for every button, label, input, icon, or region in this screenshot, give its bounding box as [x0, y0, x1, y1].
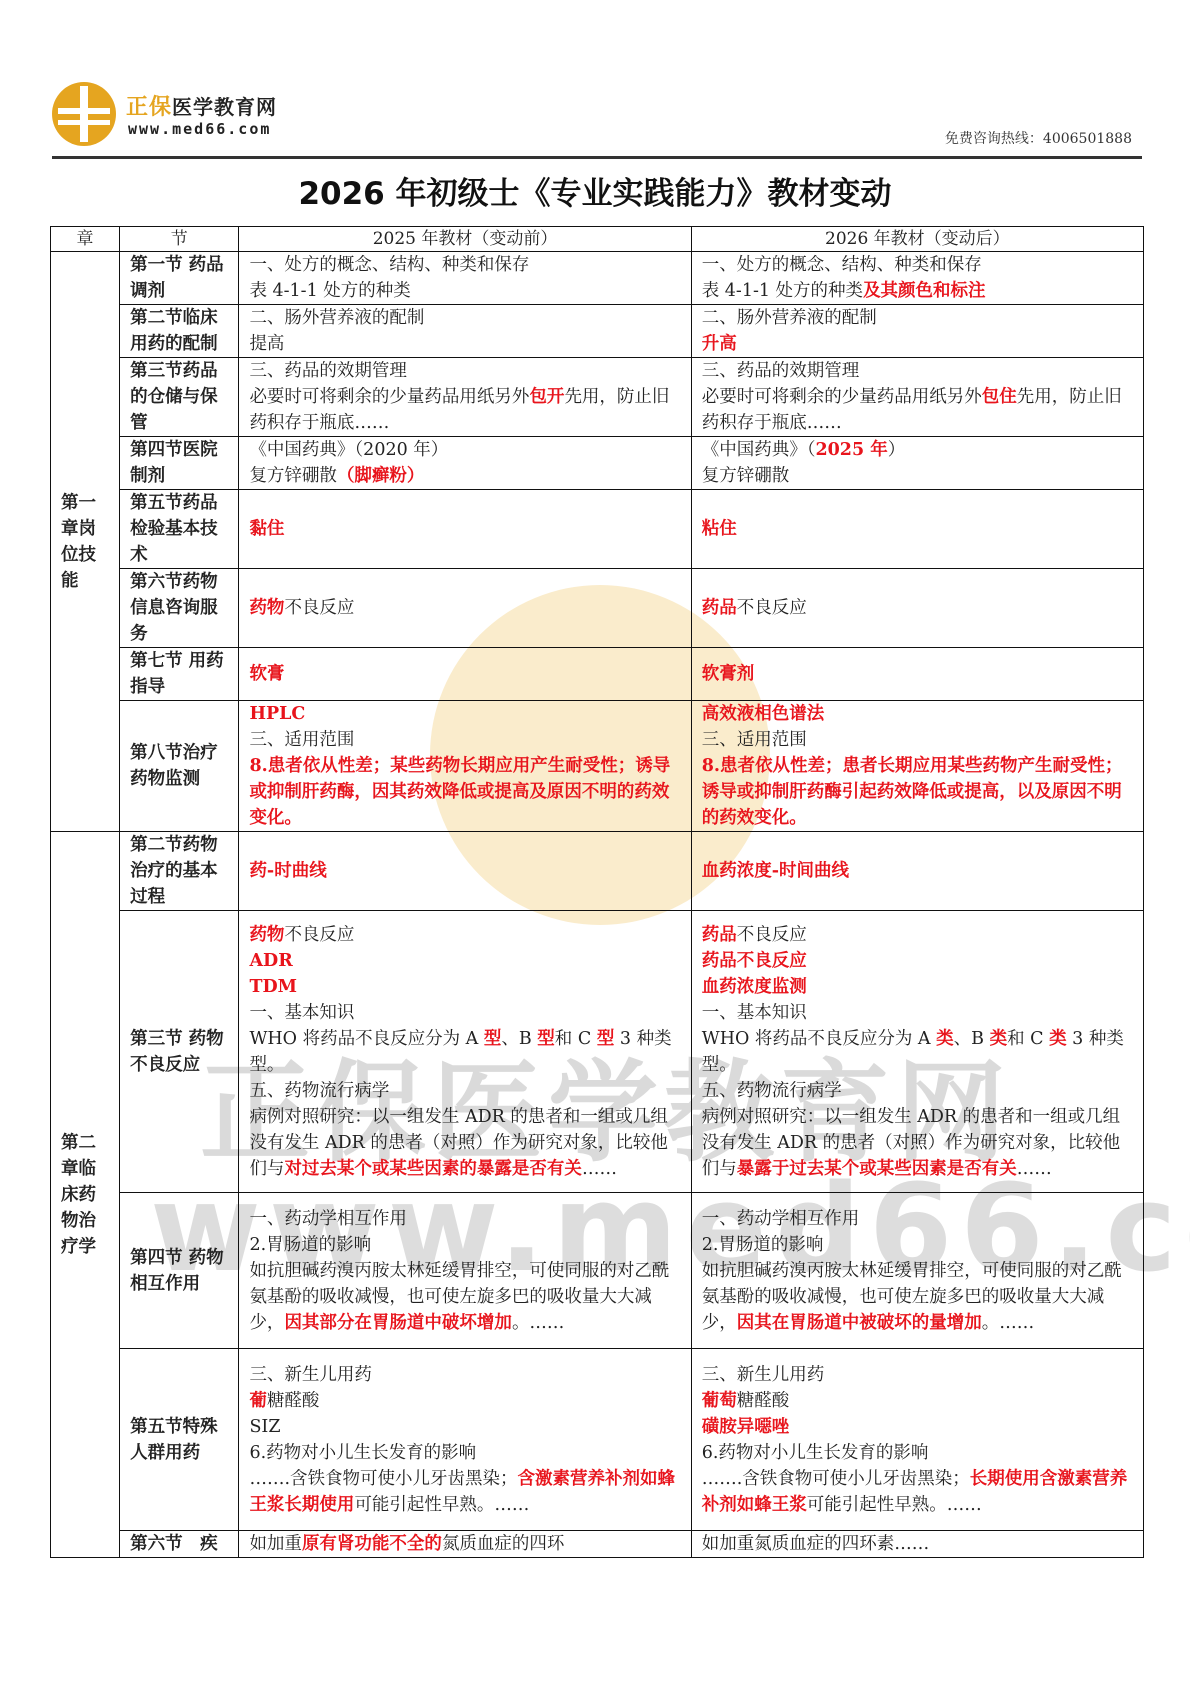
text: 一、处方的概念、结构、种类和保存: [702, 255, 982, 275]
new-content-cell: 如加重氮质血症的四环素……: [691, 1531, 1143, 1558]
logo-brand-rest: 医学教育网: [172, 95, 277, 119]
changed-text: 类: [936, 1029, 954, 1049]
text: 表 4-1-1 处方的种类: [249, 281, 410, 301]
content-line: 表 4-1-1 处方的种类: [249, 278, 680, 304]
section-cell: 第一节 药品调剂: [120, 252, 239, 305]
changed-text: 葡: [249, 1391, 267, 1411]
content-line: 一、药动学相互作用: [249, 1206, 680, 1232]
content-line: 病例对照研究：以一组发生 ADR 的患者和一组或几组没有发生 ADR 的患者（对…: [249, 1104, 680, 1182]
new-content-cell: 粘住: [691, 490, 1143, 569]
content-line: 一、药动学相互作用: [702, 1206, 1133, 1232]
section-cell: 第八节治疗药物监测: [120, 701, 239, 832]
old-content-cell: 一、处方的概念、结构、种类和保存表 4-1-1 处方的种类: [239, 252, 691, 305]
content-line: 三、适用范围: [249, 727, 680, 753]
table-row: 第八节治疗药物监测HPLC三、适用范围8.患者依从性差；某些药物长期应用产生耐受…: [51, 701, 1144, 832]
text: 必要时可将剩余的少量药品用纸另外: [702, 387, 982, 407]
old-content-cell: 软膏: [239, 648, 691, 701]
content-line: 提高: [249, 331, 680, 357]
header-divider: [52, 156, 1142, 159]
text: 、B: [501, 1029, 537, 1049]
content-line: 软膏剂: [702, 661, 1133, 687]
changed-text: ADR: [249, 951, 292, 971]
text: 五、药物流行病学: [702, 1081, 842, 1101]
text: 一、基本知识: [702, 1003, 807, 1023]
text: ）: [888, 440, 906, 460]
text: 6.药物对小儿生长发育的影响: [249, 1443, 476, 1463]
content-line: 复方锌硼散: [702, 463, 1133, 489]
content-line: 三、新生儿用药: [702, 1362, 1133, 1388]
text: 。……: [512, 1313, 565, 1333]
content-line: 五、药物流行病学: [249, 1078, 680, 1104]
text: 一、处方的概念、结构、种类和保存: [249, 255, 529, 275]
changed-text: 药物: [249, 925, 284, 945]
text: 五、药物流行病学: [249, 1081, 389, 1101]
content-line: 血药浓度监测: [702, 974, 1133, 1000]
content-line: WHO 将药品不良反应分为 A 类、B 类和 C 类 3 种类型。: [702, 1026, 1133, 1078]
new-content-cell: 一、药动学相互作用2.胃肠道的影响如抗胆碱药溴丙胺太林延缓胃排空，可使同服的对乙…: [691, 1193, 1143, 1349]
new-content-cell: 药品不良反应药品不良反应血药浓度监测一、基本知识WHO 将药品不良反应分为 A …: [691, 911, 1143, 1193]
text: 如加重: [249, 1534, 302, 1554]
content-line: 表 4-1-1 处方的种类及其颜色和标注: [702, 278, 1133, 304]
text: 二、肠外营养液的配制: [702, 308, 877, 328]
section-cell: 第六节 疾: [120, 1531, 239, 1558]
changed-text: 及其颜色和标注: [863, 281, 986, 301]
old-content-cell: 药-时曲线: [239, 832, 691, 911]
changed-text: 因其部分在胃肠道中破坏增加: [284, 1313, 512, 1333]
chapter-cell: 第二章临床药物治疗学: [51, 832, 120, 1558]
changed-text: 高效液相色谱法: [702, 704, 825, 724]
text: ……: [582, 1159, 617, 1179]
table-row: 第四节 药物相互作用一、药动学相互作用2.胃肠道的影响如抗胆碱药溴丙胺太林延缓胃…: [51, 1193, 1144, 1349]
changed-text: 型: [537, 1029, 555, 1049]
changed-text: 黏住: [249, 519, 284, 539]
new-content-cell: 高效液相色谱法三、适用范围8.患者依从性差；患者长期应用某些药物产生耐受性；诱导…: [691, 701, 1143, 832]
changed-text: 型: [597, 1029, 615, 1049]
content-line: 《中国药典》（2020 年）: [249, 437, 680, 463]
content-line: 8.患者依从性差；患者长期应用某些药物产生耐受性；诱导或抑制肝药酶引起药效降低或…: [702, 753, 1133, 831]
content-line: 病例对照研究：以一组发生 ADR 的患者和一组或几组没有发生 ADR 的患者（对…: [702, 1104, 1133, 1182]
content-line: 2.胃肠道的影响: [249, 1232, 680, 1258]
text: SIZ: [249, 1417, 280, 1437]
content-line: 药物不良反应: [249, 595, 680, 621]
content-line: 黏住: [249, 516, 680, 542]
changed-text: 药物: [249, 598, 284, 618]
text: ……: [1017, 1159, 1052, 1179]
table-row: 第五节药品检验基本技术黏住粘住: [51, 490, 1144, 569]
text: 三、适用范围: [249, 730, 354, 750]
text: WHO 将药品不良反应分为 A: [702, 1029, 936, 1049]
content-line: 二、肠外营养液的配制: [249, 305, 680, 331]
content-line: 药品不良反应: [702, 922, 1133, 948]
changed-text: 8.患者依从性差；某些药物长期应用产生耐受性；诱导或抑制肝药酶，因其药效降低或提…: [249, 756, 670, 828]
text: 氮质血症的四环: [442, 1534, 565, 1554]
changed-text: TDM: [249, 977, 297, 997]
section-cell: 第三节药品的仓储与保管: [120, 358, 239, 437]
text: WHO 将药品不良反应分为 A: [249, 1029, 483, 1049]
new-content-cell: 血药浓度-时间曲线: [691, 832, 1143, 911]
new-content-cell: 三、新生儿用药葡萄糖醛酸磺胺异噁唑6.药物对小儿生长发育的影响…….含铁食物可使…: [691, 1349, 1143, 1531]
changed-text: HPLC: [249, 704, 305, 724]
new-content-cell: 软膏剂: [691, 648, 1143, 701]
section-cell: 第五节药品检验基本技术: [120, 490, 239, 569]
table-row: 第七节 用药指导软膏软膏剂: [51, 648, 1144, 701]
text: 2.胃肠道的影响: [249, 1235, 371, 1255]
table-header-row: 章 节 2025 年教材（变动前） 2026 年教材（变动后）: [51, 227, 1144, 252]
text: 糖醛酸: [267, 1391, 320, 1411]
table-body: 第一章岗位技能第一节 药品调剂一、处方的概念、结构、种类和保存表 4-1-1 处…: [51, 252, 1144, 1558]
new-content-cell: 二、肠外营养液的配制升高: [691, 305, 1143, 358]
text: 和 C: [1007, 1029, 1049, 1049]
table-row: 第六节 疾如加重原有肾功能不全的氮质血症的四环如加重氮质血症的四环素……: [51, 1531, 1144, 1558]
section-cell: 第二节药物治疗的基本过程: [120, 832, 239, 911]
content-line: 粘住: [702, 516, 1133, 542]
logo-brand: 正保医学教育网: [126, 90, 277, 121]
text: 不良反应: [737, 598, 807, 618]
content-line: …….含铁食物可使小儿牙齿黑染；含激素营养补剂如蜂王浆长期使用可能引起性早熟。……: [249, 1466, 680, 1518]
chapter-cell: 第一章岗位技能: [51, 252, 120, 832]
content-line: 磺胺异噁唑: [702, 1414, 1133, 1440]
text: 一、药动学相互作用: [702, 1209, 860, 1229]
content-line: 二、肠外营养液的配制: [702, 305, 1133, 331]
text: 糖醛酸: [737, 1391, 790, 1411]
changed-text: 8.患者依从性差；患者长期应用某些药物产生耐受性；诱导或抑制肝药酶引起药效降低或…: [702, 756, 1123, 828]
table-row: 第五节特殊人群用药三、新生儿用药葡糖醛酸SIZ6.药物对小儿生长发育的影响…….…: [51, 1349, 1144, 1531]
section-cell: 第四节医院制剂: [120, 437, 239, 490]
changed-text: 因其在胃肠道中被破坏的量增加: [737, 1313, 982, 1333]
table-row: 第三节 药物不良反应药物不良反应ADRTDM一、基本知识WHO 将药品不良反应分…: [51, 911, 1144, 1193]
page-title: 2026 年初级士《专业实践能力》教材变动: [0, 168, 1190, 213]
new-content-cell: 三、药品的效期管理必要时可将剩余的少量药品用纸另外包住先用，防止旧药积存于瓶底……: [691, 358, 1143, 437]
content-line: 《中国药典》（2025 年）: [702, 437, 1133, 463]
content-line: 如加重原有肾功能不全的氮质血症的四环: [249, 1531, 680, 1557]
column-header-chapter: 章: [51, 227, 120, 252]
content-line: 复方锌硼散（脚癣粉）: [249, 463, 680, 489]
changed-text: （脚癣粉）: [337, 466, 425, 486]
text: 表 4-1-1 处方的种类: [702, 281, 863, 301]
content-line: 药物不良反应: [249, 922, 680, 948]
table-row: 第四节医院制剂《中国药典》（2020 年）复方锌硼散（脚癣粉）《中国药典》（20…: [51, 437, 1144, 490]
text: 三、药品的效期管理: [702, 361, 860, 381]
content-line: 如抗胆碱药溴丙胺太林延缓胃排空，可使同服的对乙酰氨基酚的吸收减慢，也可使左旋多巴…: [249, 1258, 680, 1336]
content-line: 6.药物对小儿生长发育的影响: [249, 1440, 680, 1466]
text: 如加重氮质血症的四环素……: [702, 1534, 930, 1554]
text: 一、药动学相互作用: [249, 1209, 407, 1229]
text: 和 C: [555, 1029, 597, 1049]
table-row: 第二节临床用药的配制二、肠外营养液的配制提高二、肠外营养液的配制升高: [51, 305, 1144, 358]
text: 《中国药典》（2020 年）: [249, 440, 448, 460]
changed-text: 原有肾功能不全的: [302, 1534, 442, 1554]
changed-text: 软膏剂: [702, 664, 755, 684]
content-line: 三、药品的效期管理: [702, 358, 1133, 384]
section-cell: 第三节 药物不良反应: [120, 911, 239, 1193]
content-line: 如抗胆碱药溴丙胺太林延缓胃排空，可使同服的对乙酰氨基酚的吸收减慢，也可使左旋多巴…: [702, 1258, 1133, 1336]
section-cell: 第六节药物信息咨询服务: [120, 569, 239, 648]
changed-text: 药品: [702, 925, 737, 945]
content-line: WHO 将药品不良反应分为 A 型、B 型和 C 型 3 种类型。: [249, 1026, 680, 1078]
content-line: SIZ: [249, 1414, 680, 1440]
changed-text: 包开: [529, 387, 564, 407]
text: 二、肠外营养液的配制: [249, 308, 424, 328]
column-header-old: 2025 年教材（变动前）: [239, 227, 691, 252]
logo-url: www.med66.com: [128, 120, 271, 138]
text: …….含铁食物可使小儿牙齿黑染；: [249, 1469, 517, 1489]
content-line: 必要时可将剩余的少量药品用纸另外包住先用，防止旧药积存于瓶底……: [702, 384, 1133, 436]
table-row: 第二章临床药物治疗学第二节药物治疗的基本过程药-时曲线血药浓度-时间曲线: [51, 832, 1144, 911]
content-line: 一、基本知识: [249, 1000, 680, 1026]
text: 、B: [954, 1029, 990, 1049]
content-line: TDM: [249, 974, 680, 1000]
old-content-cell: 黏住: [239, 490, 691, 569]
changed-text: 类: [990, 1029, 1008, 1049]
text: 《中国药典》（: [702, 440, 816, 460]
table-row: 第一章岗位技能第一节 药品调剂一、处方的概念、结构、种类和保存表 4-1-1 处…: [51, 252, 1144, 305]
text: 不良反应: [737, 925, 807, 945]
changed-text: 药品: [702, 598, 737, 618]
content-line: 高效液相色谱法: [702, 701, 1133, 727]
text: 提高: [249, 334, 284, 354]
text: 不良反应: [284, 925, 354, 945]
content-line: 血药浓度-时间曲线: [702, 858, 1133, 884]
content-line: 五、药物流行病学: [702, 1078, 1133, 1104]
new-content-cell: 药品不良反应: [691, 569, 1143, 648]
text: …….含铁食物可使小儿牙齿黑染；: [702, 1469, 970, 1489]
changed-text: 型: [484, 1029, 502, 1049]
content-line: HPLC: [249, 701, 680, 727]
changed-text: 包住: [982, 387, 1017, 407]
old-content-cell: 三、药品的效期管理必要时可将剩余的少量药品用纸另外包开先用，防止旧药积存于瓶底……: [239, 358, 691, 437]
text: 复方锌硼散: [702, 466, 790, 486]
text: 一、基本知识: [249, 1003, 354, 1023]
content-line: …….含铁食物可使小儿牙齿黑染；长期使用含激素营养补剂如蜂王浆可能引起性早熟。……: [702, 1466, 1133, 1518]
content-line: 葡萄糖醛酸: [702, 1388, 1133, 1414]
content-line: ADR: [249, 948, 680, 974]
text: 三、药品的效期管理: [249, 361, 407, 381]
old-content-cell: 三、新生儿用药葡糖醛酸SIZ6.药物对小儿生长发育的影响…….含铁食物可使小儿牙…: [239, 1349, 691, 1531]
changed-text: 药-时曲线: [249, 861, 326, 881]
content-line: 2.胃肠道的影响: [702, 1232, 1133, 1258]
changed-text: 粘住: [702, 519, 737, 539]
changed-text: 暴露于过去某个或某些因素是否有关: [737, 1159, 1017, 1179]
changed-text: 2025 年: [815, 440, 887, 460]
section-cell: 第七节 用药指导: [120, 648, 239, 701]
content-line: 8.患者依从性差；某些药物长期应用产生耐受性；诱导或抑制肝药酶，因其药效降低或提…: [249, 753, 680, 831]
content-line: 药品不良反应: [702, 595, 1133, 621]
text: 可能引起性早熟。……: [354, 1495, 529, 1515]
old-content-cell: 药物不良反应ADRTDM一、基本知识WHO 将药品不良反应分为 A 型、B 型和…: [239, 911, 691, 1193]
text: 三、适用范围: [702, 730, 807, 750]
changed-text: 磺胺异噁唑: [702, 1417, 790, 1437]
logo-icon: [52, 82, 116, 146]
content-line: 必要时可将剩余的少量药品用纸另外包开先用，防止旧药积存于瓶底……: [249, 384, 680, 436]
new-content-cell: 一、处方的概念、结构、种类和保存表 4-1-1 处方的种类及其颜色和标注: [691, 252, 1143, 305]
changed-text: 药品不良反应: [702, 951, 807, 971]
logo-brand-highlight: 正保: [126, 95, 172, 120]
content-line: 6.药物对小儿生长发育的影响: [702, 1440, 1133, 1466]
section-cell: 第二节临床用药的配制: [120, 305, 239, 358]
text: 必要时可将剩余的少量药品用纸另外: [249, 387, 529, 407]
old-content-cell: 如加重原有肾功能不全的氮质血症的四环: [239, 1531, 691, 1558]
text: 复方锌硼散: [249, 466, 337, 486]
changed-text: 血药浓度监测: [702, 977, 807, 997]
changed-text: 对过去某个或某些因素的暴露是否有关: [284, 1159, 582, 1179]
changed-text: 升高: [702, 334, 737, 354]
content-line: 葡糖醛酸: [249, 1388, 680, 1414]
new-content-cell: 《中国药典》（2025 年）复方锌硼散: [691, 437, 1143, 490]
table-row: 第三节药品的仓储与保管三、药品的效期管理必要时可将剩余的少量药品用纸另外包开先用…: [51, 358, 1144, 437]
text: 三、新生儿用药: [249, 1365, 372, 1385]
text: 可能引起性早熟。……: [807, 1495, 982, 1515]
table-row: 第六节药物信息咨询服务药物不良反应药品不良反应: [51, 569, 1144, 648]
text: 2.胃肠道的影响: [702, 1235, 824, 1255]
old-content-cell: 一、药动学相互作用2.胃肠道的影响如抗胆碱药溴丙胺太林延缓胃排空，可使同服的对乙…: [239, 1193, 691, 1349]
content-line: 三、药品的效期管理: [249, 358, 680, 384]
changed-text: 葡萄: [702, 1391, 737, 1411]
hotline: 免费咨询热线：4006501888: [945, 128, 1132, 148]
text: 6.药物对小儿生长发育的影响: [702, 1443, 929, 1463]
section-cell: 第五节特殊人群用药: [120, 1349, 239, 1531]
text: 。……: [982, 1313, 1035, 1333]
changed-text: 类: [1049, 1029, 1067, 1049]
text: 三、新生儿用药: [702, 1365, 825, 1385]
changed-text: 软膏: [249, 664, 284, 684]
page-header: 正保医学教育网 www.med66.com 免费咨询热线：4006501888: [52, 78, 1142, 160]
content-line: 软膏: [249, 661, 680, 687]
old-content-cell: 药物不良反应: [239, 569, 691, 648]
old-content-cell: 《中国药典》（2020 年）复方锌硼散（脚癣粉）: [239, 437, 691, 490]
content-line: 如加重氮质血症的四环素……: [702, 1531, 1133, 1557]
content-line: 药-时曲线: [249, 858, 680, 884]
old-content-cell: 二、肠外营养液的配制提高: [239, 305, 691, 358]
content-line: 药品不良反应: [702, 948, 1133, 974]
content-line: 一、处方的概念、结构、种类和保存: [249, 252, 680, 278]
changes-table: 章 节 2025 年教材（变动前） 2026 年教材（变动后） 第一章岗位技能第…: [50, 226, 1144, 1558]
content-line: 三、新生儿用药: [249, 1362, 680, 1388]
section-cell: 第四节 药物相互作用: [120, 1193, 239, 1349]
column-header-section: 节: [120, 227, 239, 252]
old-content-cell: HPLC三、适用范围8.患者依从性差；某些药物长期应用产生耐受性；诱导或抑制肝药…: [239, 701, 691, 832]
text: 不良反应: [284, 598, 354, 618]
content-line: 一、基本知识: [702, 1000, 1133, 1026]
content-line: 三、适用范围: [702, 727, 1133, 753]
column-header-new: 2026 年教材（变动后）: [691, 227, 1143, 252]
content-line: 升高: [702, 331, 1133, 357]
changed-text: 血药浓度-时间曲线: [702, 861, 849, 881]
content-line: 一、处方的概念、结构、种类和保存: [702, 252, 1133, 278]
